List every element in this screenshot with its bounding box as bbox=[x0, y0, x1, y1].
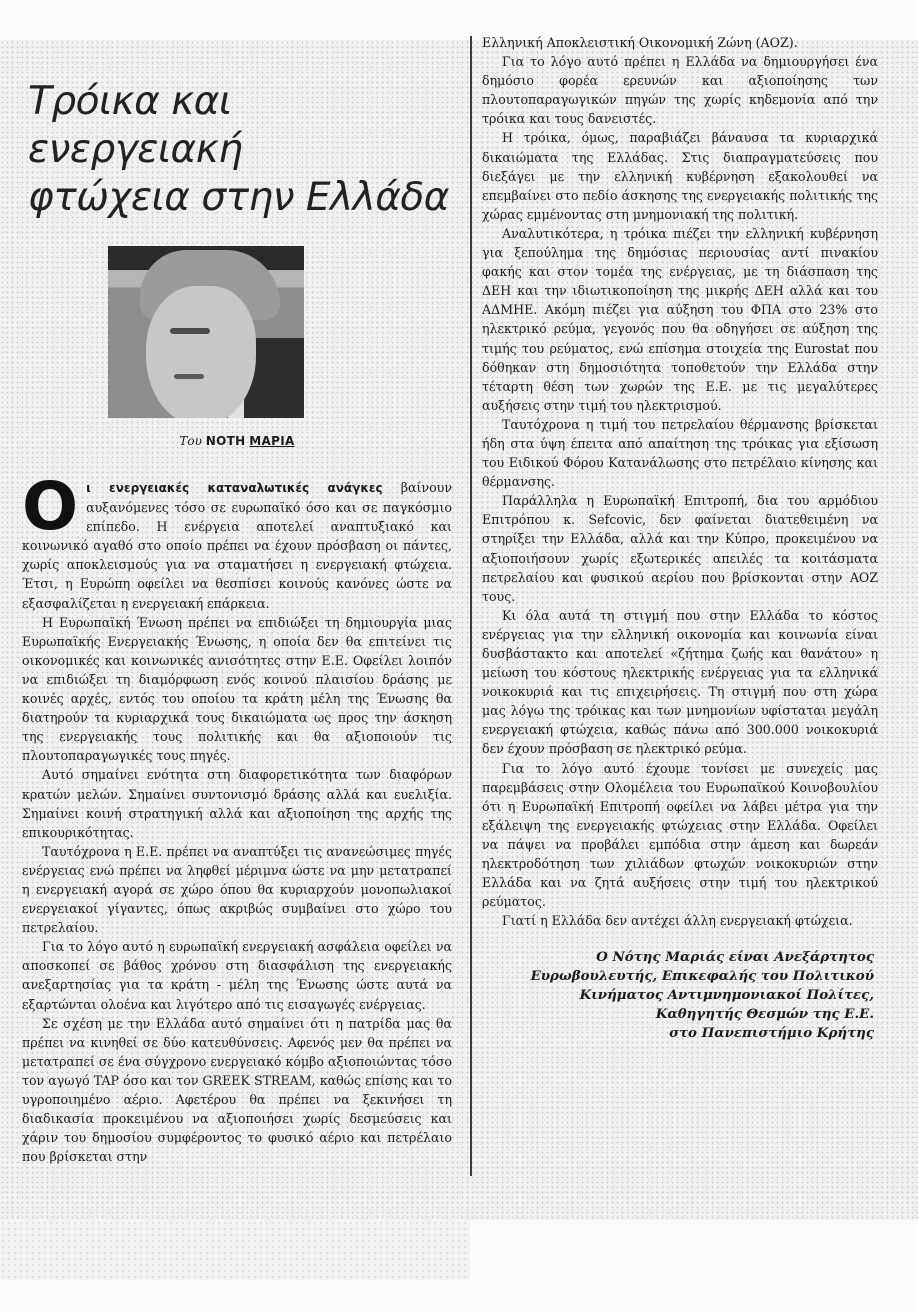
paragraph: Η τρόικα, όμως, παραβιάζει βάναυσα τα κυ… bbox=[482, 128, 878, 223]
paragraph: Σε σχέση με την Ελλάδα αυτό σημαίνει ότι… bbox=[22, 1014, 452, 1167]
byline-surname: ΜΑΡΙΑ bbox=[249, 434, 294, 448]
byline-prefix: Του bbox=[179, 434, 202, 448]
paragraph: Για το λόγο αυτό πρέπει η Ελλάδα να δημι… bbox=[482, 52, 878, 128]
eye-shape bbox=[170, 328, 210, 334]
author-note-line: Ο Νότης Μαριάς είναι Ανεξάρτητος bbox=[482, 948, 874, 967]
paragraph: Η Ευρωπαϊκή Ένωση πρέπει να επιδιώξει τη… bbox=[22, 613, 452, 766]
lead-text: βαίνουν αυξανόμενες τόσο σε ευρωπαϊκό όσ… bbox=[22, 480, 452, 611]
author-note-line: Κινήματος Αντιμνημονιακοί Πολίτες, bbox=[482, 986, 874, 1005]
author-note-line: Καθηγητής Θεσμών της Ε.Ε. bbox=[482, 1005, 874, 1024]
article-headline: Τρόικα και ενεργειακή φτώχεια στην Ελλάδ… bbox=[28, 78, 452, 222]
byline-first-name: ΝΟΤΗ bbox=[206, 434, 246, 448]
paragraph: Για το λόγο αυτό η ευρωπαϊκή ενεργειακή … bbox=[22, 937, 452, 1013]
headline-line-2: φτώχεια στην Ελλάδα bbox=[28, 174, 452, 222]
right-column: Ελληνική Αποκλειστική Οικονομική Ζώνη (Α… bbox=[482, 33, 878, 1043]
paragraph: Κι όλα αυτά τη στιγμή που στην Ελλάδα το… bbox=[482, 606, 878, 759]
headline-line-1: Τρόικα και ενεργειακή bbox=[28, 78, 452, 174]
author-photo bbox=[108, 246, 304, 418]
author-note-line: Ευρωβουλευτής, Επικεφαλής του Πολιτικού bbox=[482, 967, 874, 986]
author-note: Ο Νότης Μαριάς είναι Ανεξάρτητος Ευρωβου… bbox=[482, 948, 878, 1043]
author-note-line: στο Πανεπιστήμιο Κρήτης bbox=[482, 1024, 874, 1043]
column-divider bbox=[470, 36, 472, 1176]
paragraph: Ταυτόχρονα η τιμή του πετρελαίου θέρμανσ… bbox=[482, 415, 878, 491]
paragraph: Αυτό σημαίνει ενότητα στη διαφορετικότητ… bbox=[22, 765, 452, 841]
scanned-paper-background-tail bbox=[0, 1220, 470, 1280]
paragraph: Αναλυτικότερα, η τρόικα πιέζει την ελλην… bbox=[482, 224, 878, 415]
mouth-shape bbox=[174, 374, 204, 379]
continued-line: Ελληνική Αποκλειστική Οικονομική Ζώνη (Α… bbox=[482, 33, 878, 52]
lead-paragraph: Οι ενεργειακές καταναλωτικές ανάγκες βαί… bbox=[22, 478, 452, 613]
paragraph: Ταυτόχρονα η Ε.Ε. πρέπει να αναπτύξει τι… bbox=[22, 842, 452, 937]
byline: Του ΝΟΤΗ ΜΑΡΙΑ bbox=[22, 434, 452, 448]
paragraph: Παράλληλα η Ευρωπαϊκή Επιτροπή, δια του … bbox=[482, 491, 878, 606]
drop-cap: Ο bbox=[22, 480, 78, 534]
lead-bold-text: ι ενεργειακές καταναλωτικές ανάγκες bbox=[86, 481, 383, 495]
paragraph: Γιατί η Ελλάδα δεν αντέχει άλλη ενεργεια… bbox=[482, 911, 878, 930]
left-column: Τρόικα και ενεργειακή φτώχεια στην Ελλάδ… bbox=[22, 78, 452, 1166]
author-photo-frame bbox=[108, 246, 304, 418]
face-shape bbox=[146, 286, 256, 418]
paragraph: Για το λόγο αυτό έχουμε τονίσει με συνεχ… bbox=[482, 759, 878, 912]
